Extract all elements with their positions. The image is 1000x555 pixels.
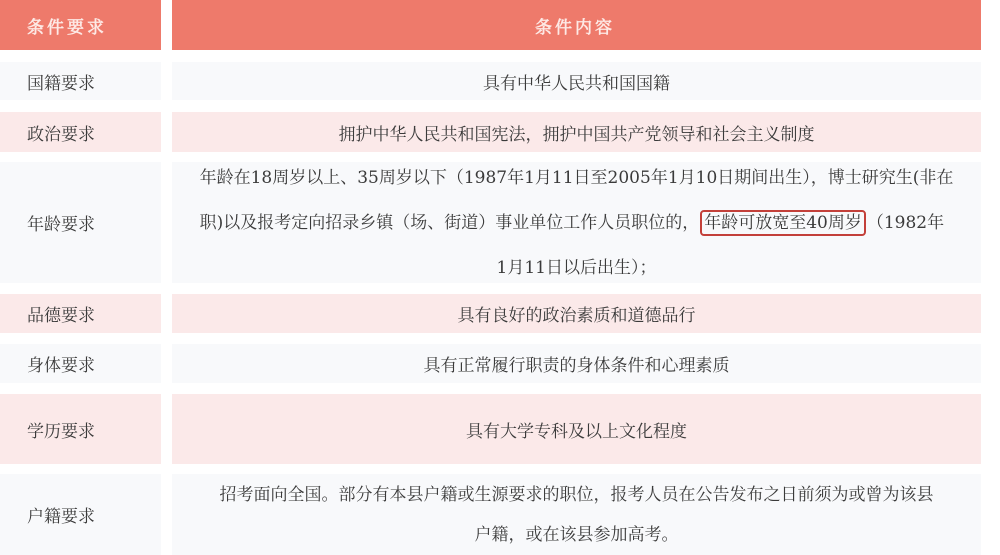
highlighted-age-relaxation: 年龄可放宽至40周岁 xyxy=(700,210,866,236)
table-row-morality: 品德要求 具有良好的政治素质和道德品行 xyxy=(0,294,1000,333)
table-row-education: 学历要求 具有大学专科及以上文化程度 xyxy=(0,394,1000,464)
household-line-2: 户籍，或在该县参加高考。 xyxy=(220,515,934,555)
row-label: 学历要求 xyxy=(0,394,161,464)
table-row-political: 政治要求 拥护中华人民共和国宪法，拥护中国共产党领导和社会主义制度 xyxy=(0,112,1000,152)
table-row-nationality: 国籍要求 具有中华人民共和国国籍 xyxy=(0,62,1000,100)
row-label: 户籍要求 xyxy=(0,474,161,555)
row-content: 招考面向全国。部分有本县户籍或生源要求的职位，报考人员在公告发布之日前须为或曾为… xyxy=(172,474,981,555)
row-content: 具有大学专科及以上文化程度 xyxy=(172,394,981,464)
row-label: 政治要求 xyxy=(0,112,161,152)
age-line-3: 1月11日以后出生）； xyxy=(200,246,954,291)
row-content: 具有良好的政治素质和道德品行 xyxy=(172,294,981,333)
header-condition-content: 条件内容 xyxy=(172,0,981,50)
header-condition-requirement: 条件要求 xyxy=(0,0,161,50)
row-content: 具有中华人民共和国国籍 xyxy=(172,62,981,100)
age-line-2-pre: 职)以及报考定向招录乡镇（场、街道）事业单位工作人员职位的， xyxy=(200,213,700,233)
age-line-2-post: （1982年 xyxy=(867,213,944,233)
row-label: 身体要求 xyxy=(0,344,161,383)
row-label: 年龄要求 xyxy=(0,162,161,283)
table-row-physical: 身体要求 具有正常履行职责的身体条件和心理素质 xyxy=(0,344,1000,383)
household-line-1: 招考面向全国。部分有本县户籍或生源要求的职位，报考人员在公告发布之日前须为或曾为… xyxy=(220,475,934,515)
age-line-2: 职)以及报考定向招录乡镇（场、街道）事业单位工作人员职位的，年龄可放宽至40周岁… xyxy=(200,201,954,246)
table-row-age: 年龄要求 年龄在18周岁以上、35周岁以下（1987年1月11日至2005年1月… xyxy=(0,162,1000,283)
row-content: 拥护中华人民共和国宪法，拥护中国共产党领导和社会主义制度 xyxy=(172,112,981,152)
table-header: 条件要求 条件内容 xyxy=(0,0,1000,50)
row-label: 品德要求 xyxy=(0,294,161,333)
table-row-household: 户籍要求 招考面向全国。部分有本县户籍或生源要求的职位，报考人员在公告发布之日前… xyxy=(0,474,1000,555)
row-content: 具有正常履行职责的身体条件和心理素质 xyxy=(172,344,981,383)
row-content: 年龄在18周岁以上、35周岁以下（1987年1月11日至2005年1月10日期间… xyxy=(172,162,981,283)
age-line-1: 年龄在18周岁以上、35周岁以下（1987年1月11日至2005年1月10日期间… xyxy=(200,156,954,201)
row-label: 国籍要求 xyxy=(0,62,161,100)
